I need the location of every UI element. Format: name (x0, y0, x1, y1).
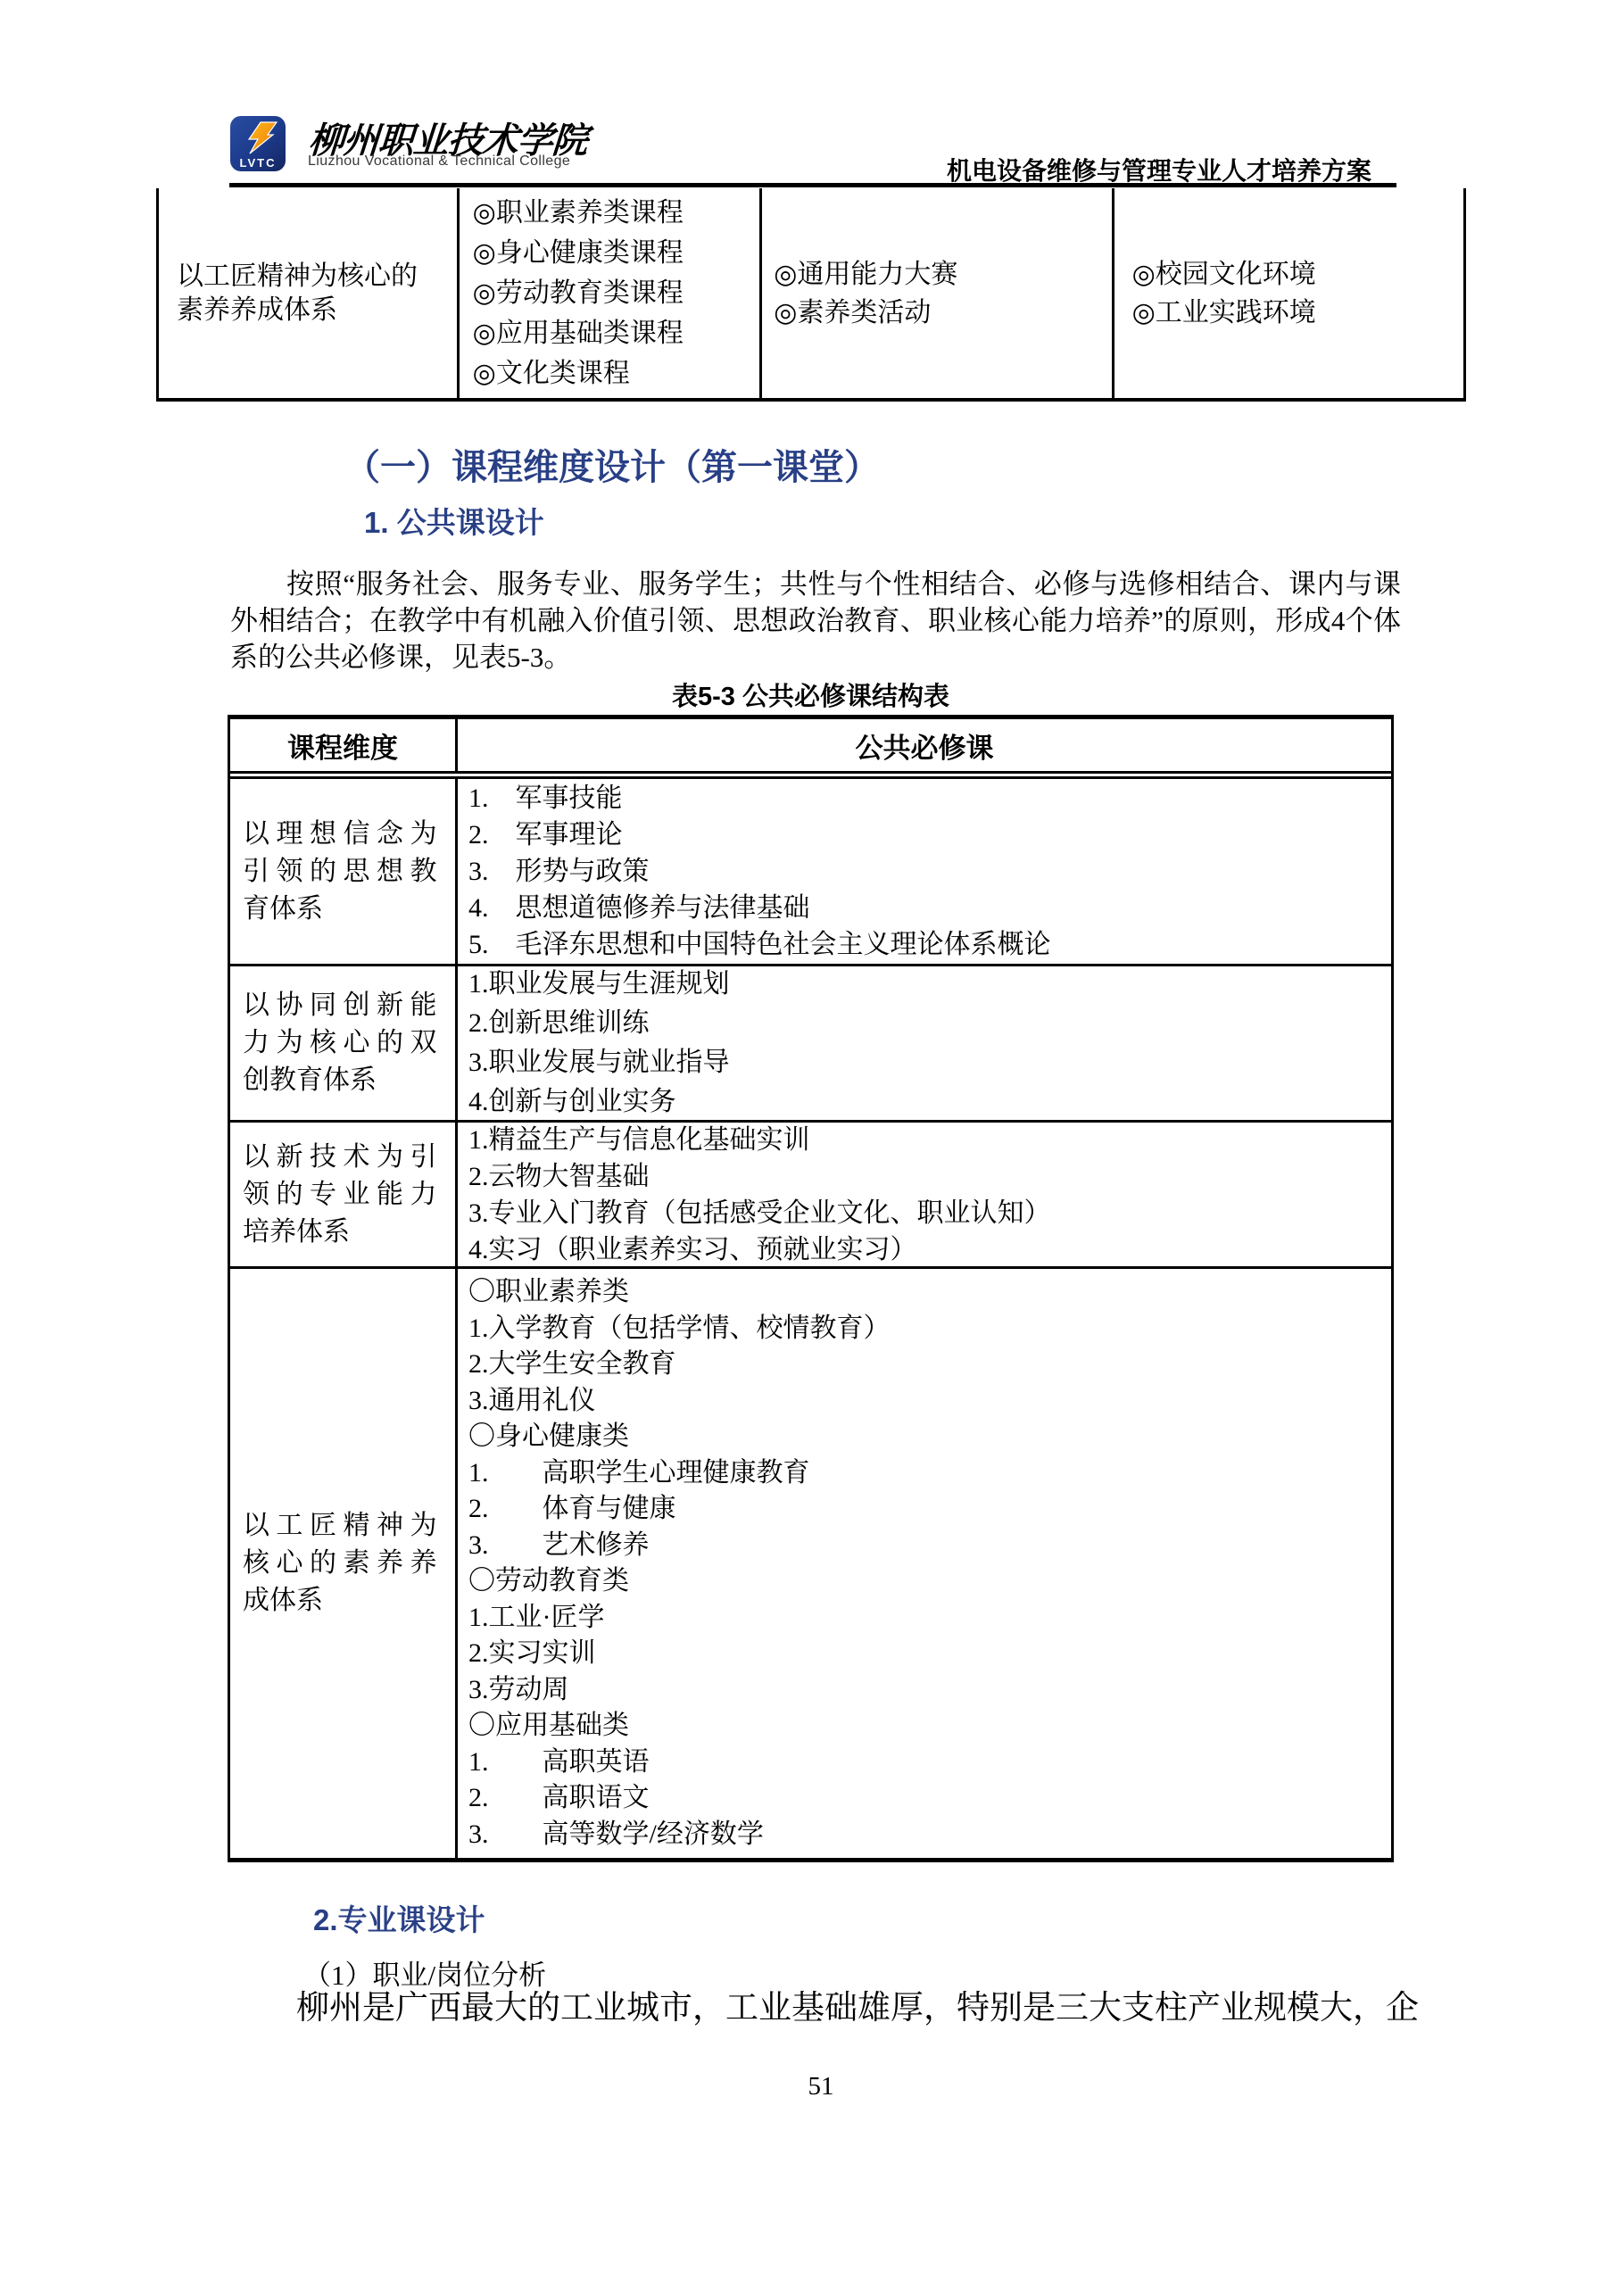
dimension-label: 以 协 同 创 新 能 力 为 核 心 的 双 创教育体系 (230, 966, 458, 1120)
course-item: 2. 高职语文 (468, 1780, 1391, 1817)
course-item: 〇身心健康类 (468, 1419, 1391, 1455)
course-item: 4.创新与创业实务 (468, 1082, 1391, 1122)
section-heading: （一）课程维度设计（第一课堂） (344, 439, 880, 490)
dimension-cell: 以工匠精神为核心的 素养养成体系 (159, 188, 460, 398)
course-item: 〇职业素养类 (468, 1274, 1391, 1311)
table-caption: 表5-3 公共必修课结构表 (228, 676, 1394, 713)
course-item: 3. 形势与政策 (468, 853, 1391, 890)
body-paragraph: 按照“服务社会、服务专业、服务学生；共性与个性相结合、必修与选修相结合、课内与课… (230, 566, 1401, 676)
course-item: 5. 毛泽东思想和中国特色社会主义理论体系概论 (468, 926, 1391, 963)
course-item: 4. 思想道德修养与法律基础 (468, 890, 1391, 926)
header-rule (229, 183, 1396, 187)
course-type-item: ◎劳动教育类课程 (473, 273, 760, 313)
course-structure-table: 课程维度 公共必修课 以 理 想 信 念 为 引 领 的 思 想 教 育体系 1… (228, 715, 1394, 1862)
continuation-table: 以工匠精神为核心的 素养养成体系 ◎职业素养类课程◎身心健康类课程◎劳动教育类课… (156, 188, 1466, 402)
course-types-cell: ◎职业素养类课程◎身心健康类课程◎劳动教育类课程◎应用基础类课程◎文化类课程 (460, 188, 763, 398)
course-list: 〇职业素养类1.入学教育（包括学情、校情教育）2.大学生安全教育3.通用礼仪〇身… (458, 1269, 1391, 1858)
course-item: 2.实习实训 (468, 1636, 1391, 1672)
college-name-en: Liuzhou Vocational & Technical College (308, 153, 570, 170)
bottom-section-heading: 2.专业课设计 (313, 1897, 485, 1939)
course-item: 1.入学教育（包括学情、校情教育） (468, 1311, 1391, 1347)
course-list: 1. 军事技能2. 军事理论3. 形势与政策4. 思想道德修养与法律基础5. 毛… (458, 779, 1391, 964)
course-item: 3. 高等数学/经济数学 (468, 1817, 1391, 1853)
course-item: 2.云物大智基础 (468, 1158, 1391, 1195)
course-item: 1. 军事技能 (468, 780, 1391, 816)
course-item: 3. 艺术修养 (468, 1528, 1391, 1564)
bottom-paragraph: 柳州是广西最大的工业城市，工业基础雄厚，特别是三大支柱产业规模大，企 (230, 1986, 1429, 2031)
course-item: 4.实习（职业素养实习、预就业实习） (468, 1231, 1391, 1268)
course-type-item: ◎应用基础类课程 (473, 313, 760, 353)
course-type-item: ◎职业素养类课程 (473, 193, 760, 233)
course-item: 〇应用基础类 (468, 1708, 1391, 1745)
course-type-item: ◎文化类课程 (473, 353, 760, 394)
table-header-dimension: 课程维度 (230, 719, 458, 771)
course-item: 1.工业·匠学 (468, 1600, 1391, 1637)
page-number: 51 (0, 2072, 1624, 2101)
doc-title: 机电设备维修与管理专业人才培养方案 (947, 152, 1371, 187)
course-item: 〇劳动教育类 (468, 1563, 1391, 1600)
course-item: 2. 军事理论 (468, 816, 1391, 853)
environment-item: ◎校园文化环境 (1132, 255, 1463, 294)
environments-cell: ◎校园文化环境◎工业实践环境 (1114, 188, 1463, 398)
environment-item: ◎工业实践环境 (1132, 294, 1463, 332)
table-header-courses: 公共必修课 (458, 719, 1391, 771)
table-header-row: 课程维度 公共必修课 (230, 719, 1391, 779)
course-item: 1.精益生产与信息化基础实训 (468, 1122, 1391, 1158)
course-item: 3.通用礼仪 (468, 1383, 1391, 1420)
table-row: 以 新 技 术 为 引 领 的 专 业 能 力 培养体系 1.精益生产与信息化基… (230, 1120, 1391, 1266)
dimension-label: 以 理 想 信 念 为 引 领 的 思 想 教 育体系 (230, 779, 458, 964)
activity-item: ◎通用能力大赛 (774, 255, 1111, 294)
dimension-label: 以 新 技 术 为 引 领 的 专 业 能 力 培养体系 (230, 1123, 458, 1266)
course-list: 1.职业发展与生涯规划2.创新思维训练3.职业发展与就业指导4.创新与创业实务 (458, 966, 1391, 1120)
course-type-item: ◎身心健康类课程 (473, 233, 760, 273)
course-item: 1. 高职学生心理健康教育 (468, 1455, 1391, 1492)
college-logo: LVTC (230, 116, 286, 171)
document-page: LVTC 柳州职业技术学院 Liuzhou Vocational & Techn… (0, 0, 1624, 2296)
course-item: 1.职业发展与生涯规划 (468, 965, 1391, 1004)
activity-item: ◎素养类活动 (774, 294, 1111, 332)
course-item: 3.职业发展与就业指导 (468, 1043, 1391, 1082)
course-item: 3.专业入门教育（包括感受企业文化、职业认知） (468, 1195, 1391, 1231)
course-item: 1. 高职英语 (468, 1745, 1391, 1781)
subsection-heading: 1. 公共课设计 (364, 500, 544, 542)
table-row: 以 工 匠 精 神 为 核 心 的 素 养 养 成体系 〇职业素养类1.入学教育… (230, 1266, 1391, 1858)
dimension-label: 以 工 匠 精 神 为 核 心 的 素 养 养 成体系 (230, 1269, 458, 1858)
course-item: 2.大学生安全教育 (468, 1347, 1391, 1383)
activities-cell: ◎通用能力大赛◎素养类活动 (762, 188, 1114, 398)
course-item: 3.劳动周 (468, 1672, 1391, 1709)
course-item: 2. 体育与健康 (468, 1491, 1391, 1528)
logo-lightning-icon (234, 120, 282, 155)
table-row: 以 协 同 创 新 能 力 为 核 心 的 双 创教育体系 1.职业发展与生涯规… (230, 964, 1391, 1120)
course-list: 1.精益生产与信息化基础实训2.云物大智基础3.专业入门教育（包括感受企业文化、… (458, 1123, 1391, 1266)
logo-abbr-text: LVTC (240, 155, 277, 171)
table-row: 以 理 想 信 念 为 引 领 的 思 想 教 育体系 1. 军事技能2. 军事… (230, 779, 1391, 964)
course-item: 2.创新思维训练 (468, 1004, 1391, 1043)
